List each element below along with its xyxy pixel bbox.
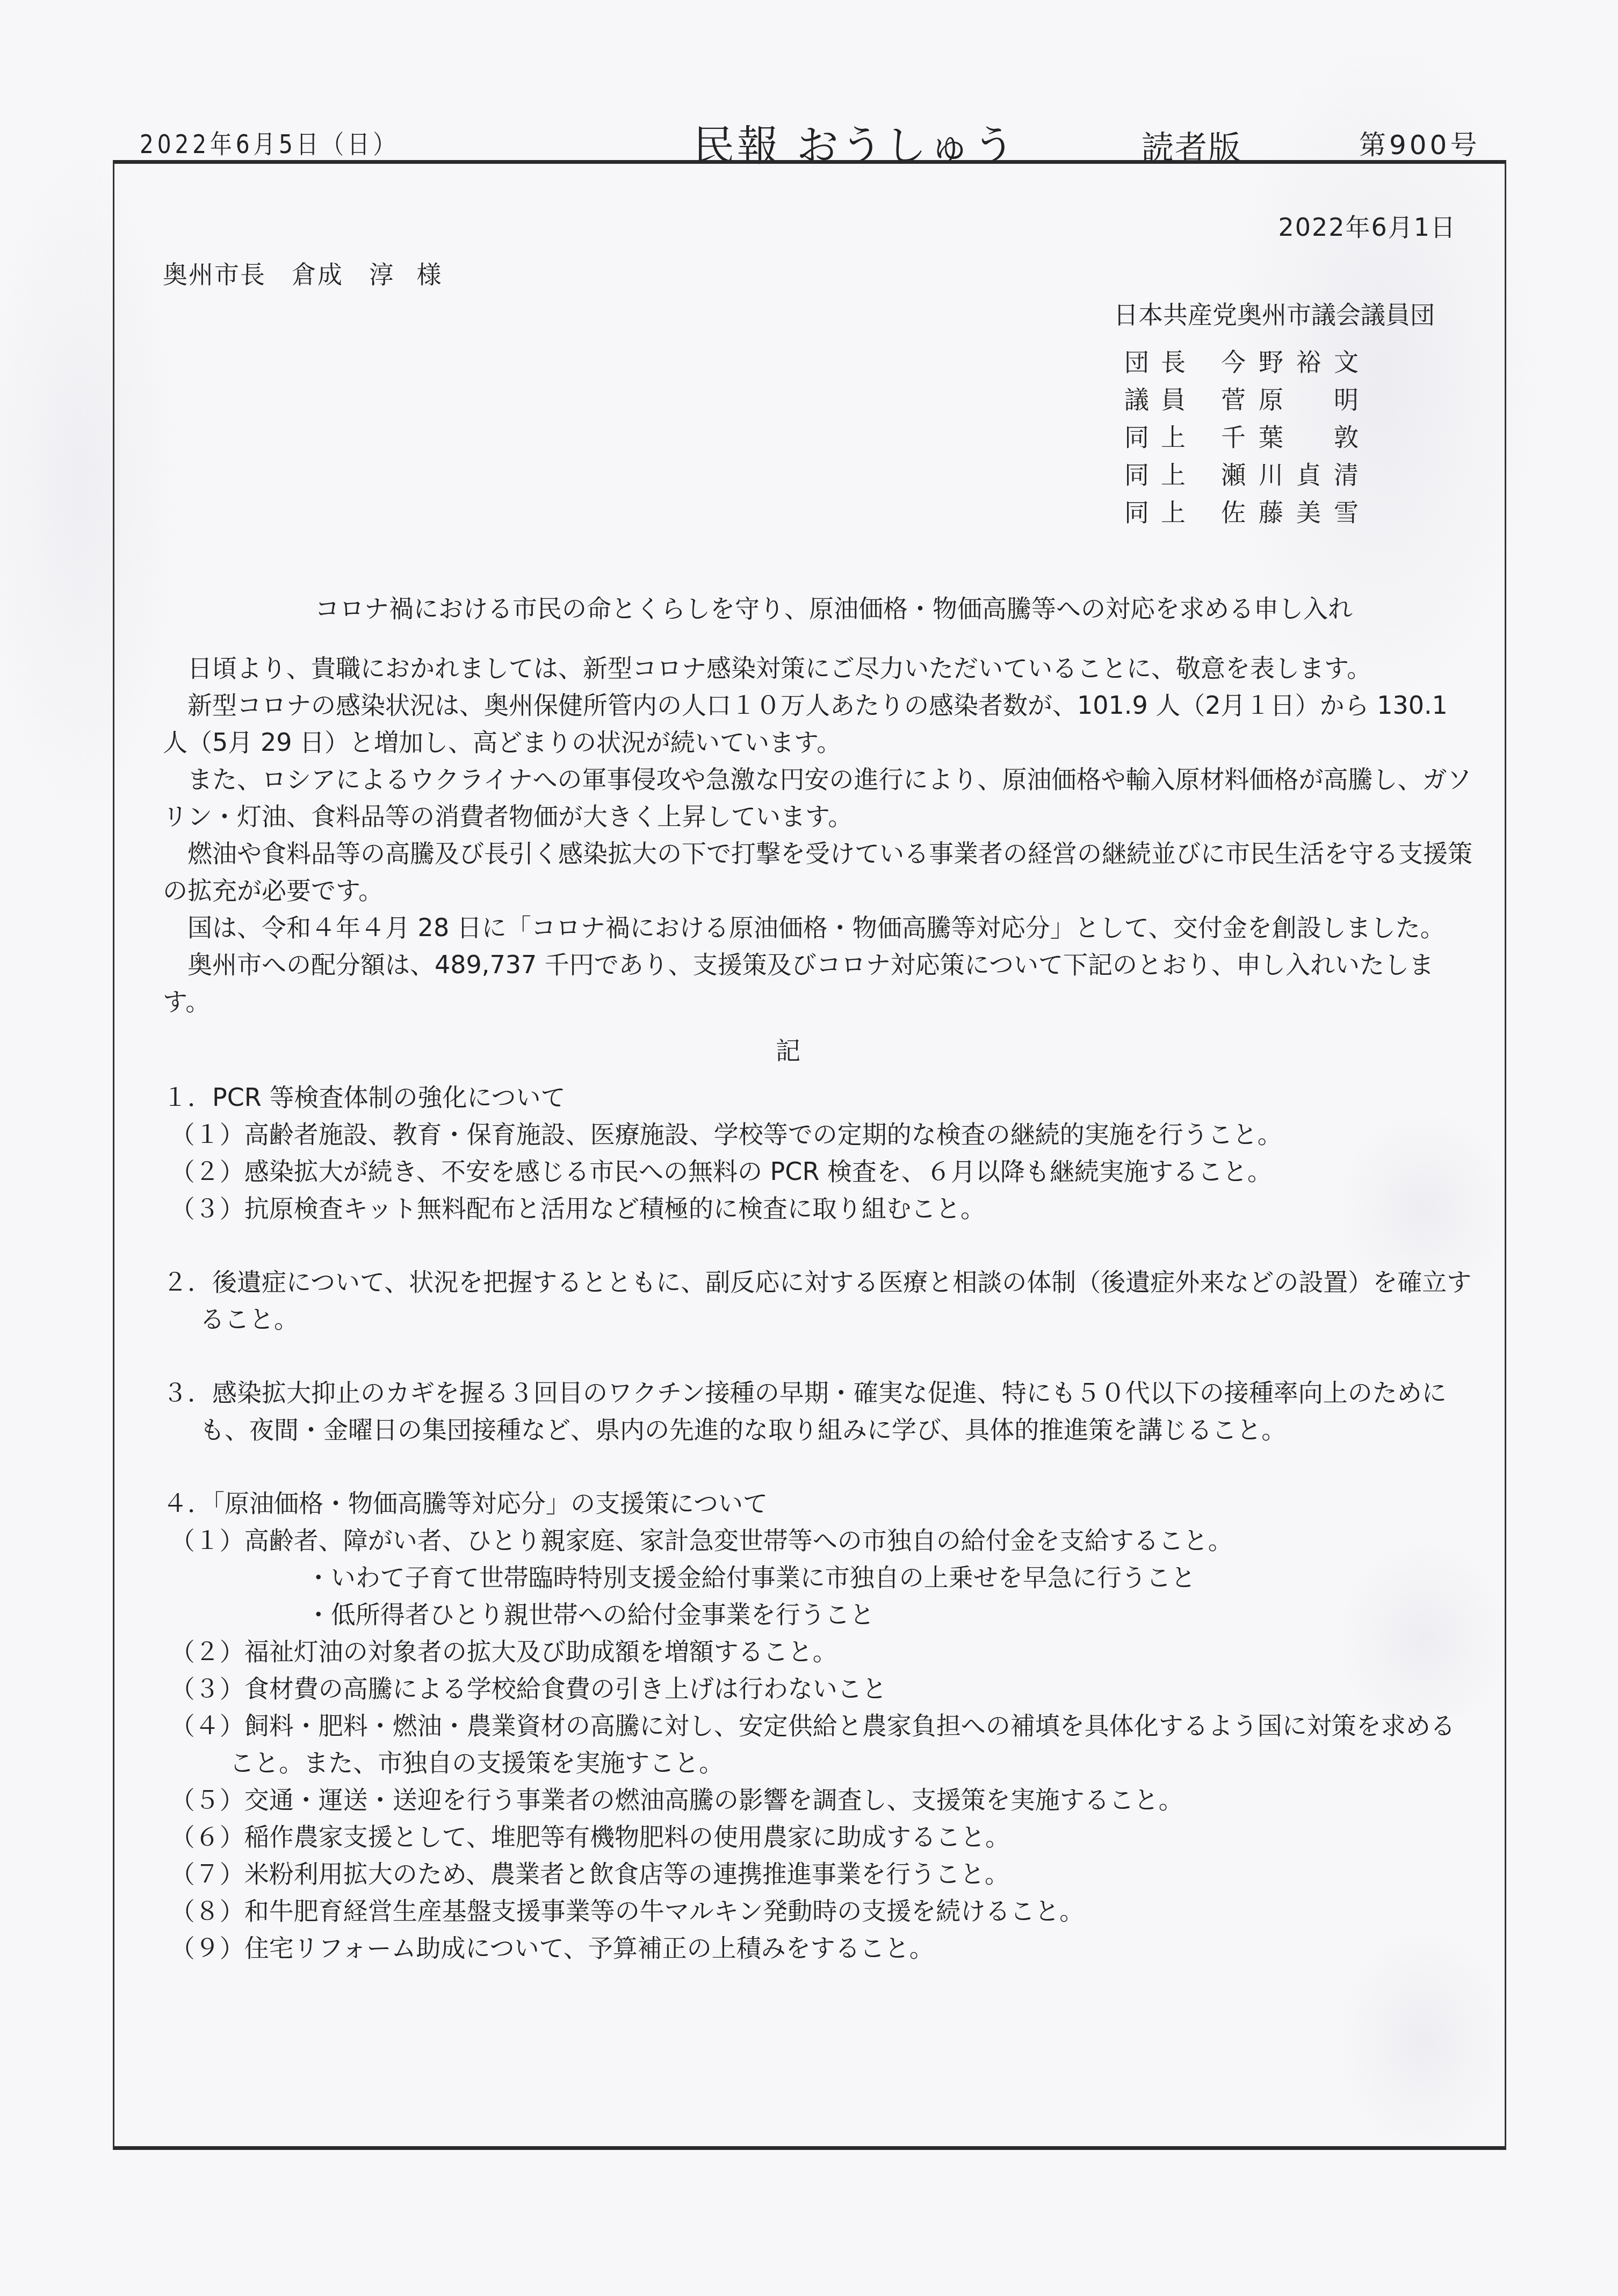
item-label: （１）: [170, 1526, 244, 1555]
paragraph: 燃油や食料品等の高騰及び長引く感染拡大の下で打撃を受けている事業者の経営の継続並…: [163, 835, 1478, 909]
item-text: 福祉灯油の対象者の拡大及び助成額を増額すること。: [244, 1637, 837, 1666]
sender-member: 議員 菅原 明: [1124, 379, 1435, 417]
paragraph: 新型コロナの感染状況は、奥州保健所管内の人口１０万人あたりの感染者数が、101.…: [163, 687, 1478, 761]
member-name: 佐藤美雪: [1210, 493, 1371, 528]
request-section-3: ３．感染拡大抑止のカギを握る３回目のワクチン接種の早期・確実な促進、特にも５０代…: [163, 1374, 1478, 1448]
sender-member: 同上 瀬川貞清: [1124, 454, 1435, 492]
member-name: 今野裕文: [1210, 343, 1371, 378]
section-gap: [163, 1448, 1478, 1485]
item-label: （７）: [170, 1859, 244, 1888]
ki-heading: 記: [163, 1032, 1478, 1069]
request-item: （５）交通・運送・送迎を行う事業者の燃油高騰の影響を調査し、支援策を実施すること…: [163, 1781, 1478, 1819]
request-item: （４）飼料・肥料・燃油・農業資材の高騰に対し、安定供給と農家負担への補填を具体化…: [163, 1707, 1478, 1781]
request-subitem: ・低所得者ひとり親世帯への給付金事業を行うこと: [163, 1596, 1478, 1633]
sender-block: 日本共産党奥州市議会議員団 団長 今野裕文 議員 菅原 明 同上 千葉 敦 同上…: [1114, 295, 1435, 530]
paragraph: 国は、令和４年４月 28 日に「コロナ禍における原油価格・物価高騰等対応分」とし…: [163, 909, 1478, 946]
member-role: 同上: [1124, 418, 1210, 453]
member-name: 瀬川貞清: [1210, 455, 1371, 491]
paragraph: また、ロシアによるウクライナへの軍事侵攻や急激な円安の進行により、原油価格や輸入…: [163, 761, 1478, 835]
item-text: 抗原検査キット無料配布と活用など積極的に検査に取り組むこと。: [244, 1194, 985, 1223]
section-gap: [163, 1338, 1478, 1374]
request-item: （７）米粉利用拡大のため、農業者と飲食店等の連携推進事業を行うこと。: [163, 1856, 1478, 1893]
item-label: （９）: [170, 1933, 244, 1962]
paragraph: 奥州市への配分額は、489,737 千円であり、支援策及びコロナ対応策について下…: [163, 946, 1478, 1020]
request-item: （６）稲作農家支援として、堆肥等有機物肥料の使用農家に助成すること。: [163, 1819, 1478, 1856]
item-label: （８）: [170, 1896, 244, 1925]
publication-date: 2022年6月5日（日）: [140, 124, 399, 161]
sender-member: 同上 千葉 敦: [1124, 417, 1435, 454]
item-label: （３）: [170, 1674, 244, 1703]
section-title: ４．「原油価格・物価高騰等対応分」の支援策について: [163, 1485, 1478, 1522]
request-item: （２）感染拡大が続き、不安を感じる市民への無料の PCR 検査を、６月以降も継続…: [163, 1153, 1478, 1190]
request-section-4: ４．「原油価格・物価高騰等対応分」の支援策について （１）高齢者、障がい者、ひと…: [163, 1485, 1478, 1967]
item-label: （５）: [170, 1785, 244, 1814]
request-item: （１）高齢者、障がい者、ひとり親家庭、家計急変世帯等への市独自の給付金を支給する…: [163, 1522, 1478, 1559]
member-role: 同上: [1124, 455, 1210, 491]
request-section-2: ２．後遺症について、状況を把握するとともに、副反応に対する医療と相談の体制（後遺…: [163, 1264, 1478, 1338]
letter-subject: コロナ禍における市民の命とくらしを守り、原油価格・物価高騰等への対応を求める申し…: [114, 589, 1505, 625]
request-item: （８）和牛肥育経営生産基盤支援事業等の牛マルキン発動時の支援を続けること。: [163, 1893, 1478, 1930]
item-label: （３）: [170, 1194, 244, 1223]
request-item: （２）福祉灯油の対象者の拡大及び助成額を増額すること。: [163, 1633, 1478, 1670]
item-text: 高齢者、障がい者、ひとり親家庭、家計急変世帯等への市独自の給付金を支給すること。: [244, 1526, 1233, 1555]
member-name: 菅原 明: [1210, 380, 1371, 416]
letter-body: 日頃より、貴職におかれましては、新型コロナ感染対策にご尽力いただいていることに、…: [163, 650, 1478, 1967]
item-label: （１）: [170, 1120, 244, 1149]
item-label: （６）: [170, 1822, 244, 1851]
request-item: （３）食材費の高騰による学校給食費の引き上げは行わないこと: [163, 1670, 1478, 1707]
request-section-1: １．PCR 等検査体制の強化について （１）高齢者施設、教育・保育施設、医療施設…: [163, 1079, 1478, 1227]
item-label: （４）: [170, 1711, 244, 1740]
section-title: ２．後遺症について、状況を把握するとともに、副反応に対する医療と相談の体制（後遺…: [163, 1264, 1478, 1338]
sender-organization: 日本共産党奥州市議会議員団: [1114, 295, 1435, 331]
item-label: （２）: [170, 1157, 244, 1186]
item-text: 和牛肥育経営生産基盤支援事業等の牛マルキン発動時の支援を続けること。: [244, 1896, 1085, 1925]
item-text: 感染拡大が続き、不安を感じる市民への無料の PCR 検査を、６月以降も継続実施す…: [244, 1157, 1272, 1186]
issue-number: 第900号: [1359, 124, 1480, 162]
section-title: １．PCR 等検査体制の強化について: [163, 1079, 1478, 1116]
paragraph: 日頃より、貴職におかれましては、新型コロナ感染対策にご尽力いただいていることに、…: [163, 650, 1478, 687]
section-title: ３．感染拡大抑止のカギを握る３回目のワクチン接種の早期・確実な促進、特にも５０代…: [163, 1374, 1478, 1448]
masthead: 2022年6月5日（日） 民報 おうしゅう 読者版 第900号: [113, 107, 1509, 161]
item-text: 食材費の高騰による学校給食費の引き上げは行わないこと: [244, 1674, 887, 1703]
item-text: 飼料・肥料・燃油・農業資材の高騰に対し、安定供給と農家負担への補填を具体化するよ…: [229, 1711, 1455, 1777]
letter-box: 2022年6月1日 奥州市長 倉成 淳 様 日本共産党奥州市議会議員団 団長 今…: [113, 160, 1506, 2150]
member-role: 議員: [1124, 380, 1210, 416]
request-subitem: ・いわて子育て世帯臨時特別支援金給付事業に市独自の上乗せを早急に行うこと: [163, 1559, 1478, 1596]
item-text: 住宅リフォーム助成について、予算補正の上積みをすること。: [244, 1933, 934, 1962]
letter-date: 2022年6月1日: [1278, 208, 1456, 243]
item-text: 交通・運送・送迎を行う事業者の燃油高騰の影響を調査し、支援策を実施すること。: [244, 1785, 1183, 1814]
member-name: 千葉 敦: [1210, 418, 1371, 453]
sender-member: 団長 今野裕文: [1124, 342, 1435, 379]
section-gap: [163, 1227, 1478, 1264]
sender-member: 同上 佐藤美雪: [1124, 492, 1435, 530]
item-label: （２）: [170, 1637, 244, 1666]
member-role: 同上: [1124, 493, 1210, 528]
request-item: （９）住宅リフォーム助成について、予算補正の上積みをすること。: [163, 1930, 1478, 1967]
member-role: 団長: [1124, 343, 1210, 378]
addressee: 奥州市長 倉成 淳 様: [163, 255, 443, 291]
item-text: 稲作農家支援として、堆肥等有機物肥料の使用農家に助成すること。: [244, 1822, 1010, 1851]
item-text: 高齢者施設、教育・保育施設、医療施設、学校等での定期的な検査の継続的実施を行うこ…: [244, 1120, 1282, 1149]
request-item: （３）抗原検査キット無料配布と活用など積極的に検査に取り組むこと。: [163, 1190, 1478, 1227]
request-item: （１）高齢者施設、教育・保育施設、医療施設、学校等での定期的な検査の継続的実施を…: [163, 1116, 1478, 1153]
item-text: 米粉利用拡大のため、農業者と飲食店等の連携推進事業を行うこと。: [244, 1859, 1009, 1888]
